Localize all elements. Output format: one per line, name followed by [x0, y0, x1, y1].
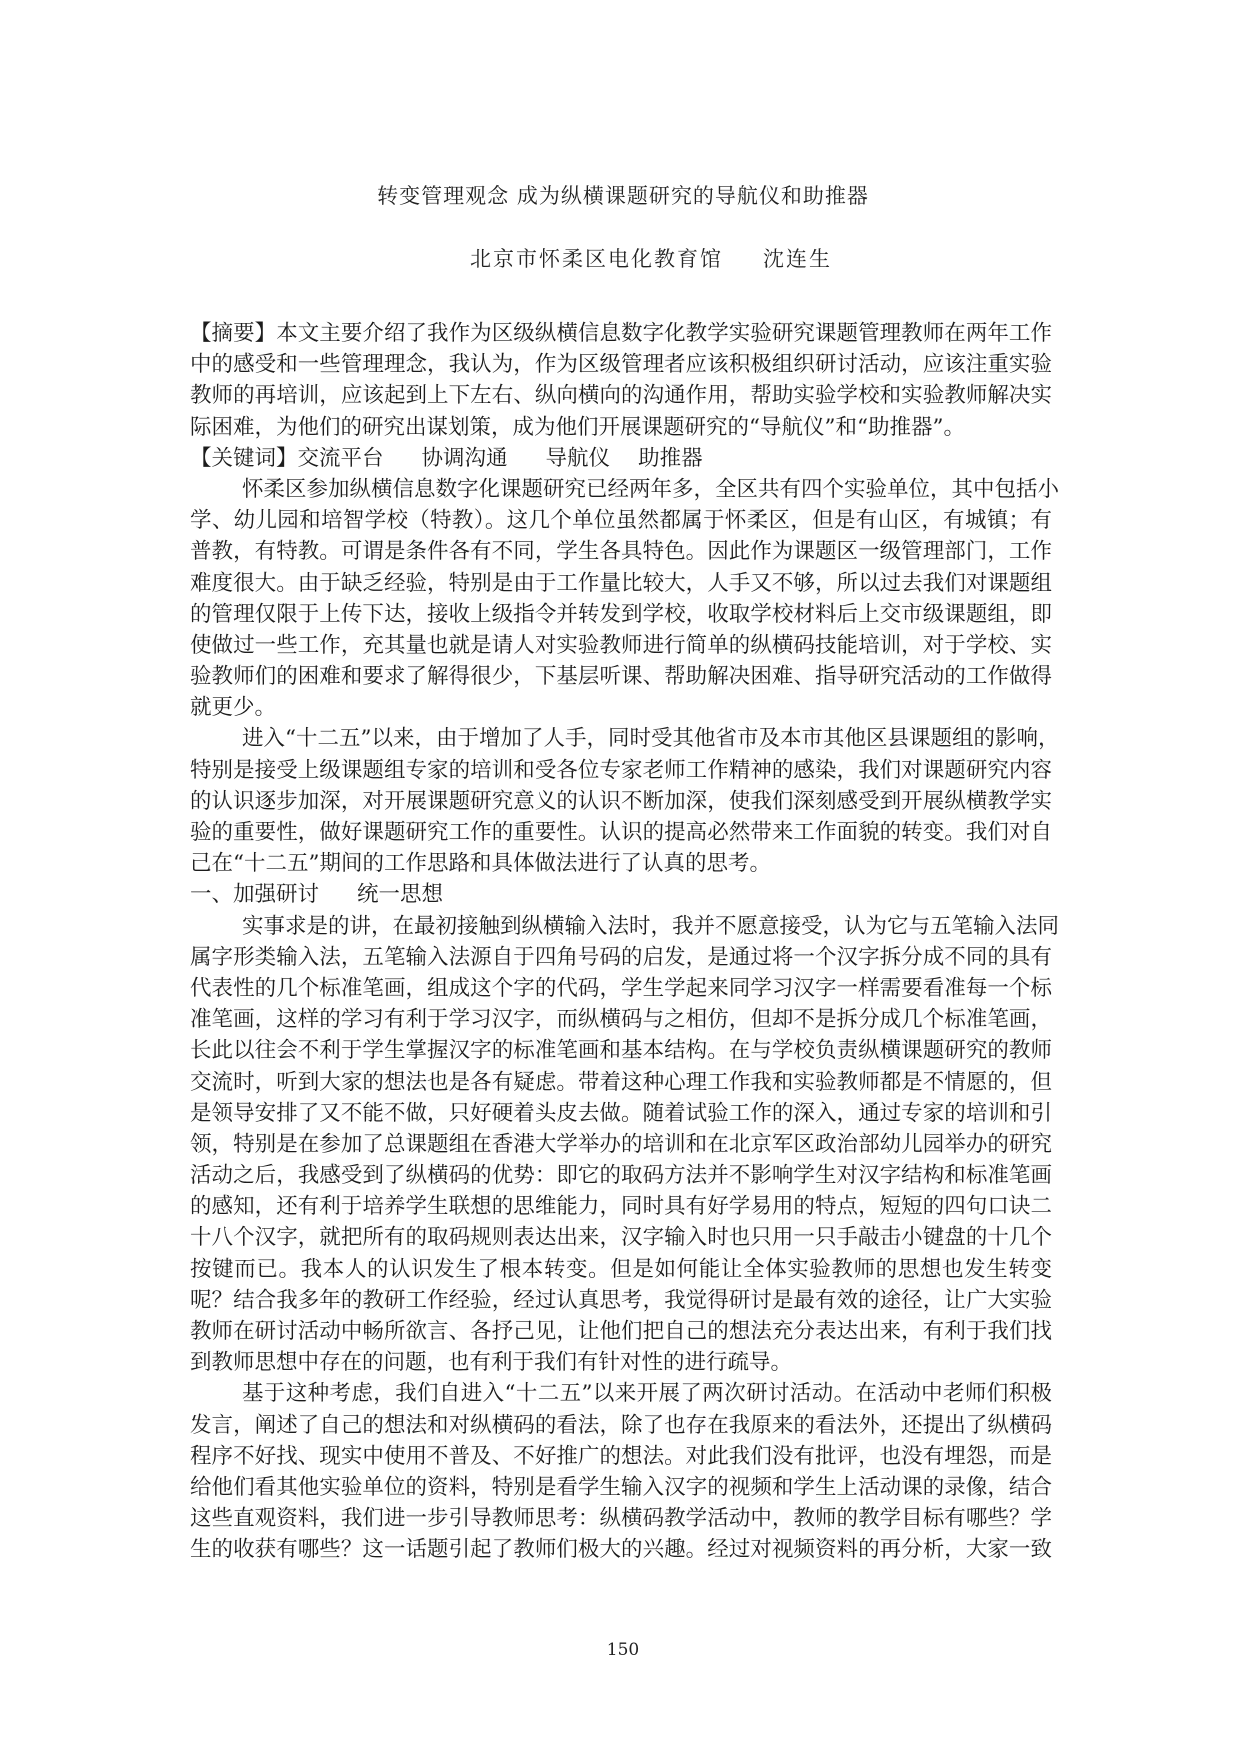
- keywords: 【关键词】交流平台协调沟通导航仪助推器: [190, 443, 1052, 474]
- abstract-line: 【摘要】本文主要介绍了我作为区级纵横信息数字化教学实验研究课题管理教师在两年工作: [190, 318, 1052, 349]
- article-body: 【摘要】本文主要介绍了我作为区级纵横信息数字化教学实验研究课题管理教师在两年工作…: [190, 318, 1052, 1566]
- paragraph-line: 教师在研讨活动中畅所欲言、各抒己见，让他们把自己的想法充分表达出来，有利于我们找: [190, 1316, 1052, 1347]
- article-title: 转变管理观念 成为纵横课题研究的导航仪和助推器: [0, 180, 1246, 210]
- paragraph-line: 基于这种考虑，我们自进入“十二五”以来开展了两次研讨活动。在活动中老师们积极: [190, 1378, 1052, 1409]
- paragraph-line: 代表性的几个标准笔画，组成这个字的代码，学生学起来同学习汉字一样需要看准每一个标: [190, 973, 1052, 1004]
- paragraph-line: 十八个汉字，就把所有的取码规则表达出来，汉字输入时也只用一只手敲击小键盘的十几个: [190, 1222, 1052, 1253]
- keyword: 导航仪: [546, 446, 611, 471]
- paragraph-line: 难度很大。由于缺乏经验，特别是由于工作量比较大，人手又不够，所以过去我们对课题组: [190, 568, 1052, 599]
- paragraph: 怀柔区参加纵横信息数字化课题研究已经两年多，全区共有四个实验单位，其中包括小 学…: [190, 474, 1052, 724]
- paragraph-line: 交流时，听到大家的想法也是各有疑虑。带着这种心理工作我和实验教师都是不情愿的，但: [190, 1067, 1052, 1098]
- page-number: 150: [0, 1640, 1246, 1660]
- paragraph-line: 验教师们的困难和要求了解得很少，下基层听课、帮助解决困难、指导研究活动的工作做得: [190, 661, 1052, 692]
- paragraph-line: 到教师思想中存在的问题，也有利于我们有针对性的进行疏导。: [190, 1347, 1052, 1378]
- abstract-line: 教师的再培训，应该起到上下左右、纵向横向的沟通作用，帮助实验学校和实验教师解决实: [190, 380, 1052, 411]
- paragraph: 实事求是的讲，在最初接触到纵横输入法时，我并不愿意接受，认为它与五笔输入法同 属…: [190, 911, 1052, 1379]
- author-affiliation: 北京市怀柔区电化教育馆: [470, 247, 723, 271]
- paragraph-line: 的认识逐步加深，对开展课题研究意义的认识不断加深，使我们深刻感受到开展纵横教学实: [190, 786, 1052, 817]
- paragraph-line: 就更少。: [190, 692, 1052, 723]
- paragraph-line: 进入“十二五”以来，由于增加了人手，同时受其他省市及本市其他区县课题组的影响，: [190, 723, 1052, 754]
- abstract-line: 际困难，为他们的研究出谋划策，成为他们开展课题研究的“导航仪”和“助推器”。: [190, 412, 1052, 443]
- paragraph-line: 活动之后，我感受到了纵横码的优势：即它的取码方法并不影响学生对汉字结构和标准笔画: [190, 1160, 1052, 1191]
- keyword: 协调沟通: [422, 446, 508, 471]
- paragraph-line: 按键而已。我本人的认识发生了根本转变。但是如何能让全体实验教师的思想也发生转变: [190, 1254, 1052, 1285]
- paragraph-line: 实事求是的讲，在最初接触到纵横输入法时，我并不愿意接受，认为它与五笔输入法同: [190, 911, 1052, 942]
- paragraph-line: 验的重要性，做好课题研究工作的重要性。认识的提高必然带来工作面貌的转变。我们对自: [190, 817, 1052, 848]
- author-name: 沈连生: [763, 247, 832, 271]
- paragraph-line: 己在“十二五”期间的工作思路和具体做法进行了认真的思考。: [190, 848, 1052, 879]
- paragraph: 进入“十二五”以来，由于增加了人手，同时受其他省市及本市其他区县课题组的影响， …: [190, 723, 1052, 879]
- paragraph-line: 是领导安排了又不能不做，只好硬着头皮去做。随着试验工作的深入，通过专家的培训和引: [190, 1098, 1052, 1129]
- abstract-line: 中的感受和一些管理理念，我认为，作为区级管理者应该积极组织研讨活动，应该注重实验: [190, 349, 1052, 380]
- keywords-label: 【关键词】: [190, 446, 298, 471]
- abstract: 【摘要】本文主要介绍了我作为区级纵横信息数字化教学实验研究课题管理教师在两年工作…: [190, 318, 1052, 443]
- section-heading: 一、加强研讨统一思想: [190, 879, 1052, 910]
- paragraph-line: 发言，阐述了自己的想法和对纵横码的看法，除了也存在我原来的看法外，还提出了纵横码: [190, 1410, 1052, 1441]
- author-line: 北京市怀柔区电化教育馆沈连生: [470, 243, 832, 273]
- paragraph-line: 程序不好找、现实中使用不普及、不好推广的想法。对此我们没有批评，也没有埋怨，而是: [190, 1441, 1052, 1472]
- paragraph-line: 的感知，还有利于培养学生联想的思维能力，同时具有好学易用的特点，短短的四句口诀二: [190, 1191, 1052, 1222]
- paragraph-line: 呢？结合我多年的教研工作经验，经过认真思考，我觉得研讨是最有效的途径，让广大实验: [190, 1285, 1052, 1316]
- keyword: 助推器: [638, 446, 703, 471]
- abstract-label: 【摘要】: [190, 321, 276, 346]
- paragraph-line: 普教，有特教。可谓是条件各有不同，学生各具特色。因此作为课题区一级管理部门，工作: [190, 536, 1052, 567]
- keyword: 交流平台: [298, 446, 384, 471]
- paragraph-line: 属字形类输入法，五笔输入法源自于四角号码的启发，是通过将一个汉字拆分成不同的具有: [190, 942, 1052, 973]
- paragraph: 基于这种考虑，我们自进入“十二五”以来开展了两次研讨活动。在活动中老师们积极 发…: [190, 1378, 1052, 1565]
- paragraph-line: 使做过一些工作，充其量也就是请人对实验教师进行简单的纵横码技能培训，对于学校、实: [190, 630, 1052, 661]
- paragraph-line: 的管理仅限于上传下达，接收上级指令并转发到学校，收取学校材料后上交市级课题组，即: [190, 599, 1052, 630]
- paragraph-line: 特别是接受上级课题组专家的培训和受各位专家老师工作精神的感染，我们对课题研究内容: [190, 755, 1052, 786]
- paragraph-line: 长此以往会不利于学生掌握汉字的标准笔画和基本结构。在与学校负责纵横课题研究的教师: [190, 1035, 1052, 1066]
- paragraph-line: 给他们看其他实验单位的资料，特别是看学生输入汉字的视频和学生上活动课的录像，结合: [190, 1472, 1052, 1503]
- paragraph-line: 学、幼儿园和培智学校（特教）。这几个单位虽然都属于怀柔区，但是有山区，有城镇；有: [190, 505, 1052, 536]
- paragraph-line: 怀柔区参加纵横信息数字化课题研究已经两年多，全区共有四个实验单位，其中包括小: [190, 474, 1052, 505]
- paragraph-line: 生的收获有哪些？这一话题引起了教师们极大的兴趣。经过对视频资料的再分析，大家一致: [190, 1534, 1052, 1565]
- document-page: 转变管理观念 成为纵横课题研究的导航仪和助推器 北京市怀柔区电化教育馆沈连生 【…: [0, 0, 1246, 1763]
- paragraph-line: 准笔画，这样的学习有利于学习汉字，而纵横码与之相仿，但却不是拆分成几个标准笔画，: [190, 1004, 1052, 1035]
- paragraph-line: 领，特别是在参加了总课题组在香港大学举办的培训和在北京军区政治部幼儿园举办的研究: [190, 1129, 1052, 1160]
- paragraph-line: 这些直观资料，我们进一步引导教师思考：纵横码教学活动中，教师的教学目标有哪些？学: [190, 1503, 1052, 1534]
